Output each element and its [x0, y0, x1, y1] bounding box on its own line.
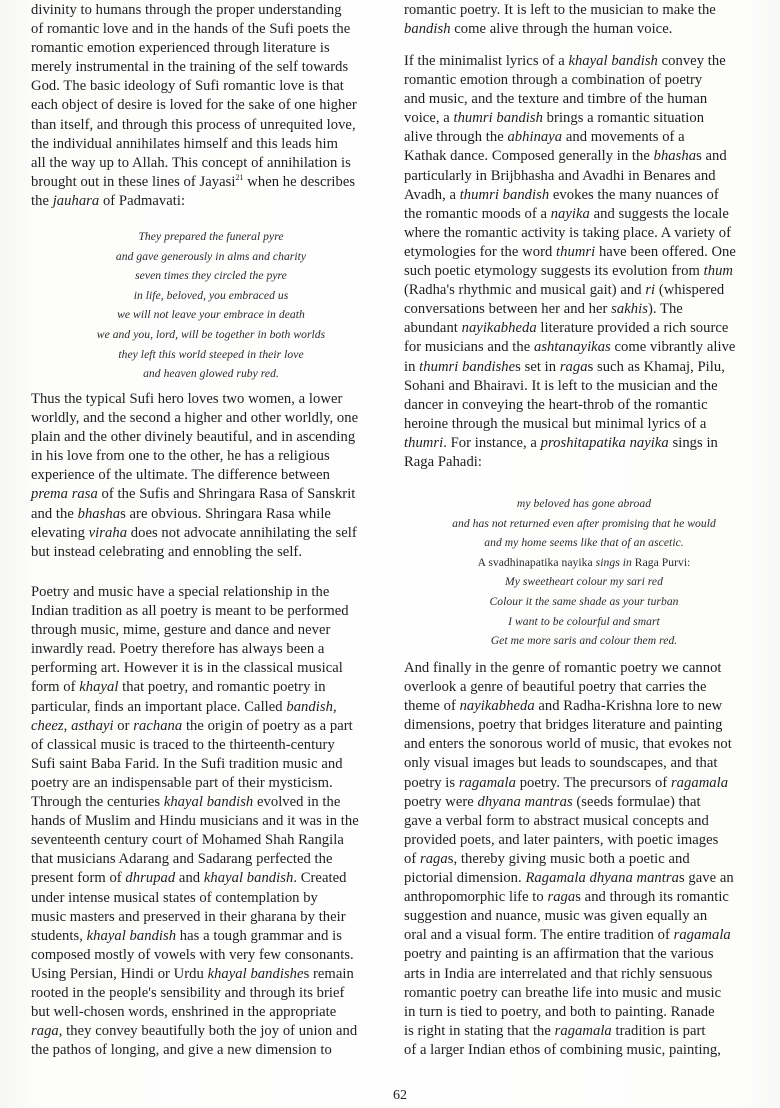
text-run: in: [404, 359, 419, 375]
text-run: oral and a visual form. The entire tradi…: [404, 927, 674, 943]
verse-line: My sweetheart colour my sari red: [404, 572, 764, 592]
text-run: such poetic etymology suggests its evolu…: [404, 263, 704, 279]
verse-line: A svadhinapatika nayika sings in Raga Pu…: [404, 553, 764, 573]
text-run: and has not returned even after promisin…: [452, 517, 716, 530]
text-run: voice, a: [404, 110, 453, 126]
italic-term: ragamala: [459, 775, 516, 791]
italic-term: nayikabheda: [462, 320, 537, 336]
text-run: And finally in the genre of romantic poe…: [404, 660, 722, 676]
text-run: have been offered. One: [595, 244, 736, 260]
text-line: that musicians Adarang and Sadarang perf…: [31, 850, 391, 869]
text-run: Sufi saint Baba Farid. In the Sufi tradi…: [31, 756, 343, 772]
text-line: Poetry and music have a special relation…: [31, 583, 391, 602]
text-line: of ragas, thereby giving music both a po…: [404, 850, 764, 869]
italic-term: ashtanayikas: [534, 339, 611, 355]
text-line: and music, and the texture and timbre of…: [404, 90, 764, 109]
text-line: oral and a visual form. The entire tradi…: [404, 926, 764, 945]
text-run: suggestion and nuance, music was given e…: [404, 908, 707, 924]
text-run: the romantic moods of a: [404, 206, 551, 222]
text-line: form of khayal that poetry, and romantic…: [31, 678, 391, 697]
text-run: when he describes: [244, 174, 356, 190]
text-run: poetry is: [404, 775, 459, 791]
text-run: ,: [333, 699, 337, 715]
text-run: than itself, and through this process of…: [31, 117, 356, 133]
text-line: students, khayal bandish has a tough gra…: [31, 927, 391, 946]
italic-term: rachana: [133, 718, 182, 734]
paragraph: Poetry and music have a special relation…: [31, 583, 391, 1060]
text-line: in his love from one to the other, he ha…: [31, 447, 391, 466]
text-run: (Radha's rhythmic and musical gait) and: [404, 282, 645, 298]
text-line: present form of dhrupad and khayal bandi…: [31, 869, 391, 888]
text-run: seven times they circled the pyre: [135, 269, 287, 282]
text-run: dancer in conveying the heart-throb of t…: [404, 397, 708, 413]
italic-term: khayal bandishe: [208, 966, 304, 982]
text-run: If the minimalist lyrics of a: [404, 53, 568, 69]
text-line: the pathos of longing, and give a new di…: [31, 1041, 391, 1060]
text-run: s are obvious. Shringara Rasa while: [120, 506, 331, 522]
text-line: Sufi saint Baba Farid. In the Sufi tradi…: [31, 755, 391, 774]
text-line: Indian tradition as all poetry is meant …: [31, 602, 391, 621]
text-line: anthropomorphic life to ragas and throug…: [404, 888, 764, 907]
text-run: they left this world steeped in their lo…: [118, 348, 303, 361]
text-line: Avadh, a thumri bandish evokes the many …: [404, 186, 764, 205]
text-line: under intense musical states of contempl…: [31, 889, 391, 908]
italic-term: raga: [31, 1023, 59, 1039]
text-run: in his love from one to the other, he ha…: [31, 448, 330, 464]
text-run: I want to be colourful and smart: [508, 615, 660, 628]
text-line: of romantic love and in the hands of the…: [31, 20, 391, 39]
text-line: of a larger Indian ethos of combining mu…: [404, 1041, 764, 1060]
text-run: Get me more saris and colour them red.: [491, 634, 678, 647]
text-run: students,: [31, 928, 87, 944]
italic-term: thumri: [404, 435, 443, 451]
verse-line: and my home seems like that of an asceti…: [404, 533, 764, 553]
verse-line: my beloved has gone abroad: [404, 494, 764, 514]
italic-term: jauhara: [53, 193, 100, 209]
text-line: divinity to humans through the proper un…: [31, 1, 391, 20]
text-run: and suggests the locale: [590, 206, 729, 222]
text-line: poetry and painting is an affirmation th…: [404, 945, 764, 964]
text-line: Sohani and Bhairavi. It is left to the m…: [404, 377, 764, 396]
text-line: of classical music is traced to the thir…: [31, 736, 391, 755]
text-run: s gave an: [679, 870, 734, 886]
italic-term: khayal bandish: [204, 870, 293, 886]
paragraph: If the minimalist lyrics of a khayal ban…: [404, 52, 764, 472]
text-run: of classical music is traced to the thir…: [31, 737, 335, 753]
text-line: provided poets, and later painters, with…: [404, 831, 764, 850]
text-run: evokes the many nuances of: [549, 187, 719, 203]
text-run: plain and the other divinely beautiful, …: [31, 429, 355, 445]
text-line: plain and the other divinely beautiful, …: [31, 428, 391, 447]
italic-term: ri: [645, 282, 655, 298]
italic-term: dhrupad: [125, 870, 175, 886]
verse-line: They prepared the funeral pyre: [31, 227, 391, 247]
text-line: bandish come alive through the human voi…: [404, 20, 764, 39]
text-line: God. The basic ideology of Sufi romantic…: [31, 77, 391, 96]
text-run: theme of: [404, 698, 460, 714]
paragraph: Thus the typical Sufi hero loves two wom…: [31, 390, 391, 562]
text-run: and gave generously in alms and charity: [116, 250, 306, 263]
text-line: experience of the ultimate. The differen…: [31, 466, 391, 485]
text-run: and my home seems like that of an asceti…: [484, 536, 683, 549]
text-run: Raga Pahadi:: [404, 454, 482, 470]
text-run: s such as Khamaj, Pilu,: [588, 359, 725, 375]
text-run: poetry and painting is an affirmation th…: [404, 946, 714, 962]
text-run: and heaven glowed ruby red.: [143, 367, 279, 380]
text-line: overlook a genre of beautiful poetry tha…: [404, 678, 764, 697]
text-run: poetry are an indispensable part of thei…: [31, 775, 333, 791]
text-line: worldly, and the second a higher and oth…: [31, 409, 391, 428]
text-run: Kathak dance. Composed generally in the: [404, 148, 654, 164]
text-run: does not advocate annihilating the self: [127, 525, 357, 541]
text-run: s and through its romantic: [575, 889, 729, 905]
text-run: brings a romantic situation: [543, 110, 704, 126]
italic-term: bandish: [286, 699, 333, 715]
italic-term: thumri bandish: [460, 187, 550, 203]
text-run: s, thereby giving music both a poetic an…: [448, 851, 690, 867]
text-run: that musicians Adarang and Sadarang perf…: [31, 851, 333, 867]
text-line: Thus the typical Sufi hero loves two wom…: [31, 390, 391, 409]
text-run: particularly in Brijbhasha and Avadhi in…: [404, 168, 716, 184]
text-line: thumri. For instance, a proshitapatika n…: [404, 434, 764, 453]
text-line: romantic poetry can breathe life into mu…: [404, 984, 764, 1003]
italic-term: nayikabheda: [460, 698, 535, 714]
text-run: in turn is tied to poetry, and both to p…: [404, 1004, 715, 1020]
text-line: composed mostly of vowels with very few …: [31, 946, 391, 965]
text-run: the origin of poetry as a part: [182, 718, 353, 734]
text-run: has a tough grammar and is: [176, 928, 342, 944]
text-run: the: [31, 193, 53, 209]
text-run: Thus the typical Sufi hero loves two wom…: [31, 391, 342, 407]
text-run: of: [404, 851, 420, 867]
italic-term: prema rasa: [31, 486, 98, 502]
text-line: where the romantic activity is taking pl…: [404, 224, 764, 243]
text-line: raga, they convey beautifully both the j…: [31, 1022, 391, 1041]
text-run: and movements of a: [562, 129, 685, 145]
text-run: arts in India are interrelated and that …: [404, 966, 712, 982]
text-run: anthropomorphic life to: [404, 889, 547, 905]
text-run: under intense musical states of contempl…: [31, 890, 318, 906]
verse-quote: They prepared the funeral pyreand gave g…: [31, 227, 391, 384]
text-line: voice, a thumri bandish brings a romanti…: [404, 109, 764, 128]
text-run: convey the: [658, 53, 726, 69]
italic-term: thumri bandish: [453, 110, 543, 126]
text-run: (whispered: [655, 282, 724, 298]
text-run: gave a verbal form to abstract musical c…: [404, 813, 709, 829]
text-run: Colour it the same shade as your turban: [489, 595, 678, 608]
italic-term: khayal bandish: [568, 53, 657, 69]
verse-line: we will not leave your embrace in death: [31, 305, 391, 325]
italic-term: raga: [560, 359, 588, 375]
text-line: hands of Muslim and Hindu musicians and …: [31, 812, 391, 831]
text-line: romantic poetry. It is left to the music…: [404, 1, 764, 20]
text-run: inwardly read. Poetry therefore has alwa…: [31, 641, 324, 657]
text-run: evolved in the: [253, 794, 340, 810]
text-line: and enters the sonorous world of music, …: [404, 735, 764, 754]
text-line: through music, mime, gesture and dance a…: [31, 621, 391, 640]
text-run: sings in: [669, 435, 718, 451]
text-run: all the way up to Allah. This concept of…: [31, 155, 351, 171]
text-run: form of: [31, 679, 79, 695]
text-run: and music, and the texture and timbre of…: [404, 91, 707, 107]
text-line: alive through the abhinaya and movements…: [404, 128, 764, 147]
text-run: heroine through the musical but minimal …: [404, 416, 706, 432]
text-run: music masters and preserved in their gha…: [31, 909, 346, 925]
italic-term: dhyana mantras: [478, 794, 573, 810]
text-line: all the way up to Allah. This concept of…: [31, 154, 391, 173]
text-run: particular, finds an important place. Ca…: [31, 699, 286, 715]
text-line: dancer in conveying the heart-throb of t…: [404, 396, 764, 415]
verse-line: I want to be colourful and smart: [404, 612, 764, 632]
text-line: in turn is tied to poetry, and both to p…: [404, 1003, 764, 1022]
text-run: Avadh, a: [404, 187, 460, 203]
text-line: conversations between her and her sakhis…: [404, 300, 764, 319]
text-line: music masters and preserved in their gha…: [31, 908, 391, 927]
text-line: (Radha's rhythmic and musical gait) and …: [404, 281, 764, 300]
text-run: my beloved has gone abroad: [517, 497, 651, 510]
text-run: ). The: [648, 301, 683, 317]
text-run: worldly, and the second a higher and oth…: [31, 410, 358, 426]
verse-line: they left this world steeped in their lo…: [31, 345, 391, 365]
italic-term: Ragamala dhyana mantra: [525, 870, 679, 886]
text-run: conversations between her and her: [404, 301, 611, 317]
text-run: in life, beloved, you embraced us: [134, 289, 289, 302]
text-run: that poetry, and romantic poetry in: [118, 679, 325, 695]
text-line: prema rasa of the Sufis and Shringara Ra…: [31, 485, 391, 504]
text-run: but instead celebrating and ennobling th…: [31, 544, 302, 560]
text-line: dimensions, poetry that bridges literatu…: [404, 716, 764, 735]
text-run: s and: [696, 148, 727, 164]
text-run: divinity to humans through the proper un…: [31, 2, 342, 18]
italic-term: sakhis: [611, 301, 648, 317]
text-line: but well-chosen words, enshrined in the …: [31, 1003, 391, 1022]
verse-line: seven times they circled the pyre: [31, 266, 391, 286]
text-line: than itself, and through this process of…: [31, 116, 391, 135]
text-run: provided poets, and later painters, with…: [404, 832, 718, 848]
text-line: but instead celebrating and ennobling th…: [31, 543, 391, 562]
text-line: Through the centuries khayal bandish evo…: [31, 793, 391, 812]
verse-line: and heaven glowed ruby red.: [31, 364, 391, 384]
text-run: brought out in these lines of Jayasi: [31, 174, 235, 190]
text-run: where the romantic activity is taking pl…: [404, 225, 731, 241]
text-run: Using Persian, Hindi or Urdu: [31, 966, 208, 982]
verse-line: and gave generously in alms and charity: [31, 247, 391, 267]
italic-term: raga: [420, 851, 448, 867]
text-run: rooted in the people's sensibility and t…: [31, 985, 344, 1001]
text-run: through music, mime, gesture and dance a…: [31, 622, 330, 638]
text-run: pictorial dimension.: [404, 870, 525, 886]
italic-term: abhinaya: [507, 129, 562, 145]
text-run: (seeds formulae) that: [573, 794, 701, 810]
text-line: inwardly read. Poetry therefore has alwa…: [31, 640, 391, 659]
verse-line: and has not returned even after promisin…: [404, 514, 764, 534]
verse-line: we and you, lord, will be together in bo…: [31, 325, 391, 345]
text-run: etymologies for the word: [404, 244, 556, 260]
text-run: literature provided a rich source: [537, 320, 729, 336]
text-run: and Radha-Krishna lore to new: [535, 698, 723, 714]
text-line: the jauhara of Padmavati:: [31, 192, 391, 211]
text-line: cheez, asthayi or rachana the origin of …: [31, 717, 391, 736]
text-line: for musicians and the ashtanayikas come …: [404, 338, 764, 357]
text-line: the individual annihilates himself and t…: [31, 135, 391, 154]
italic-term: bhasha: [78, 506, 120, 522]
text-run: each object of desire is loved for the s…: [31, 97, 357, 113]
text-run: abundant: [404, 320, 462, 336]
text-run: composed mostly of vowels with very few …: [31, 947, 354, 963]
verse-quote: my beloved has gone abroadand has not re…: [404, 494, 764, 651]
paragraph: romantic poetry. It is left to the music…: [404, 1, 764, 39]
text-run: Sohani and Bhairavi. It is left to the m…: [404, 378, 718, 394]
text-run: experience of the ultimate. The differen…: [31, 467, 330, 483]
paragraph: divinity to humans through the proper un…: [31, 1, 391, 211]
text-line: heroine through the musical but minimal …: [404, 415, 764, 434]
text-line: such poetic etymology suggests its evolu…: [404, 262, 764, 281]
italic-term: nayika: [551, 206, 590, 222]
text-line: in thumri bandishes set in ragas such as…: [404, 358, 764, 377]
verse-line: Colour it the same shade as your turban: [404, 592, 764, 612]
text-line: rooted in the people's sensibility and t…: [31, 984, 391, 1003]
page-number: 62: [388, 1088, 412, 1104]
italic-term: thumri bandishe: [419, 359, 515, 375]
book-page: divinity to humans through the proper un…: [0, 0, 780, 1108]
text-line: poetry are an indispensable part of thei…: [31, 774, 391, 793]
text-run: tradition is part: [612, 1023, 706, 1039]
text-run: and enters the sonorous world of music, …: [404, 736, 732, 752]
text-run: sings in: [593, 556, 635, 569]
text-line: brought out in these lines of Jayasi21 w…: [31, 173, 391, 192]
text-run: romantic poetry. It is left to the music…: [404, 2, 716, 18]
text-line: is right in stating that the ragamala tr…: [404, 1022, 764, 1041]
text-run: , they convey beautifully both the joy o…: [59, 1023, 357, 1039]
text-line: Raga Pahadi:: [404, 453, 764, 472]
verse-line: Get me more saris and colour them red.: [404, 631, 764, 651]
text-line: each object of desire is loved for the s…: [31, 96, 391, 115]
italic-term: ragamala: [555, 1023, 612, 1039]
italic-term: bandish: [404, 21, 451, 37]
text-run: hands of Muslim and Hindu musicians and …: [31, 813, 359, 829]
text-run: elevating: [31, 525, 89, 541]
text-run: and: [175, 870, 204, 886]
text-run: present form of: [31, 870, 125, 886]
text-run: Indian tradition as all poetry is meant …: [31, 603, 349, 619]
text-run: but well-chosen words, enshrined in the …: [31, 1004, 336, 1020]
text-run: come vibrantly alive: [611, 339, 736, 355]
italic-term: ragamala: [674, 927, 731, 943]
text-line: merely instrumental in the training of t…: [31, 58, 391, 77]
text-run: My sweetheart colour my sari red: [505, 575, 663, 588]
footnote-ref: 21: [235, 173, 243, 182]
italic-term: ragamala: [671, 775, 728, 791]
paragraph: And finally in the genre of romantic poe…: [404, 659, 764, 1060]
text-run: poetry. The precursors of: [516, 775, 671, 791]
text-run: romantic poetry can breathe life into mu…: [404, 985, 721, 1001]
italic-term: asthayi: [71, 718, 114, 734]
text-run: s remain: [304, 966, 354, 982]
text-run: . Created: [293, 870, 346, 886]
text-line: If the minimalist lyrics of a khayal ban…: [404, 52, 764, 71]
italic-term: khayal: [79, 679, 118, 695]
text-run: ,: [64, 718, 71, 734]
text-line: theme of nayikabheda and Radha-Krishna l…: [404, 697, 764, 716]
italic-term: cheez: [31, 718, 64, 734]
text-run: God. The basic ideology of Sufi romantic…: [31, 78, 344, 94]
text-run: of a larger Indian ethos of combining mu…: [404, 1042, 721, 1058]
text-run: the individual annihilates himself and t…: [31, 136, 338, 152]
text-run: overlook a genre of beautiful poetry tha…: [404, 679, 707, 695]
italic-term: bhasha: [654, 148, 696, 164]
text-run: for musicians and the: [404, 339, 534, 355]
italic-term: thum: [704, 263, 733, 279]
text-line: romantic emotion experienced through lit…: [31, 39, 391, 58]
text-run: Through the centuries: [31, 794, 164, 810]
text-run: is right in stating that the: [404, 1023, 555, 1039]
text-run: poetry were: [404, 794, 478, 810]
text-line: elevating viraha does not advocate annih…: [31, 524, 391, 543]
text-run: only visual images but leads to soundsca…: [404, 755, 718, 771]
text-line: suggestion and nuance, music was given e…: [404, 907, 764, 926]
text-run: . For instance, a: [443, 435, 540, 451]
text-run: dimensions, poetry that bridges literatu…: [404, 717, 722, 733]
text-run: or: [114, 718, 134, 734]
text-line: only visual images but leads to soundsca…: [404, 754, 764, 773]
text-run: merely instrumental in the training of t…: [31, 59, 348, 75]
text-line: etymologies for the word thumri have bee…: [404, 243, 764, 262]
text-run: of the Sufis and Shringara Rasa of Sansk…: [98, 486, 356, 502]
text-run: alive through the: [404, 129, 507, 145]
text-run: we will not leave your embrace in death: [117, 308, 305, 321]
text-run: Poetry and music have a special relation…: [31, 584, 329, 600]
italic-term: khayal bandish: [87, 928, 176, 944]
text-run: Raga Purvi:: [635, 556, 691, 569]
text-run: seventeenth century court of Mohamed Sha…: [31, 832, 344, 848]
text-line: particularly in Brijbhasha and Avadhi in…: [404, 167, 764, 186]
text-line: seventeenth century court of Mohamed Sha…: [31, 831, 391, 850]
italic-term: raga: [547, 889, 575, 905]
verse-line: in life, beloved, you embraced us: [31, 286, 391, 306]
text-run: romantic emotion experienced through lit…: [31, 40, 330, 56]
text-run: They prepared the funeral pyre: [138, 230, 283, 243]
text-line: and the bhashas are obvious. Shringara R…: [31, 505, 391, 524]
text-line: performing art. However it is in the cla…: [31, 659, 391, 678]
text-run: and the: [31, 506, 78, 522]
text-line: pictorial dimension. Ragamala dhyana man…: [404, 869, 764, 888]
italic-term: viraha: [89, 525, 127, 541]
italic-term: thumri: [556, 244, 595, 260]
text-run: A svadhinapatika nayika: [478, 556, 593, 569]
text-line: poetry is ragamala poetry. The precursor…: [404, 774, 764, 793]
text-line: Using Persian, Hindi or Urdu khayal band…: [31, 965, 391, 984]
text-run: the pathos of longing, and give a new di…: [31, 1042, 332, 1058]
text-line: Kathak dance. Composed generally in the …: [404, 147, 764, 166]
text-run: performing art. However it is in the cla…: [31, 660, 343, 676]
text-line: abundant nayikabheda literature provided…: [404, 319, 764, 338]
text-line: gave a verbal form to abstract musical c…: [404, 812, 764, 831]
text-run: of Padmavati:: [99, 193, 185, 209]
text-line: poetry were dhyana mantras (seeds formul…: [404, 793, 764, 812]
text-run: come alive through the human voice.: [451, 21, 673, 37]
text-run: of romantic love and in the hands of the…: [31, 21, 350, 37]
text-run: romantic emotion through a combination o…: [404, 72, 702, 88]
text-line: And finally in the genre of romantic poe…: [404, 659, 764, 678]
text-line: particular, finds an important place. Ca…: [31, 698, 391, 717]
text-line: the romantic moods of a nayika and sugge…: [404, 205, 764, 224]
text-run: we and you, lord, will be together in bo…: [97, 328, 325, 341]
text-run: s set in: [515, 359, 560, 375]
text-line: arts in India are interrelated and that …: [404, 965, 764, 984]
italic-term: khayal bandish: [164, 794, 253, 810]
text-line: romantic emotion through a combination o…: [404, 71, 764, 90]
italic-term: proshitapatika nayika: [541, 435, 669, 451]
